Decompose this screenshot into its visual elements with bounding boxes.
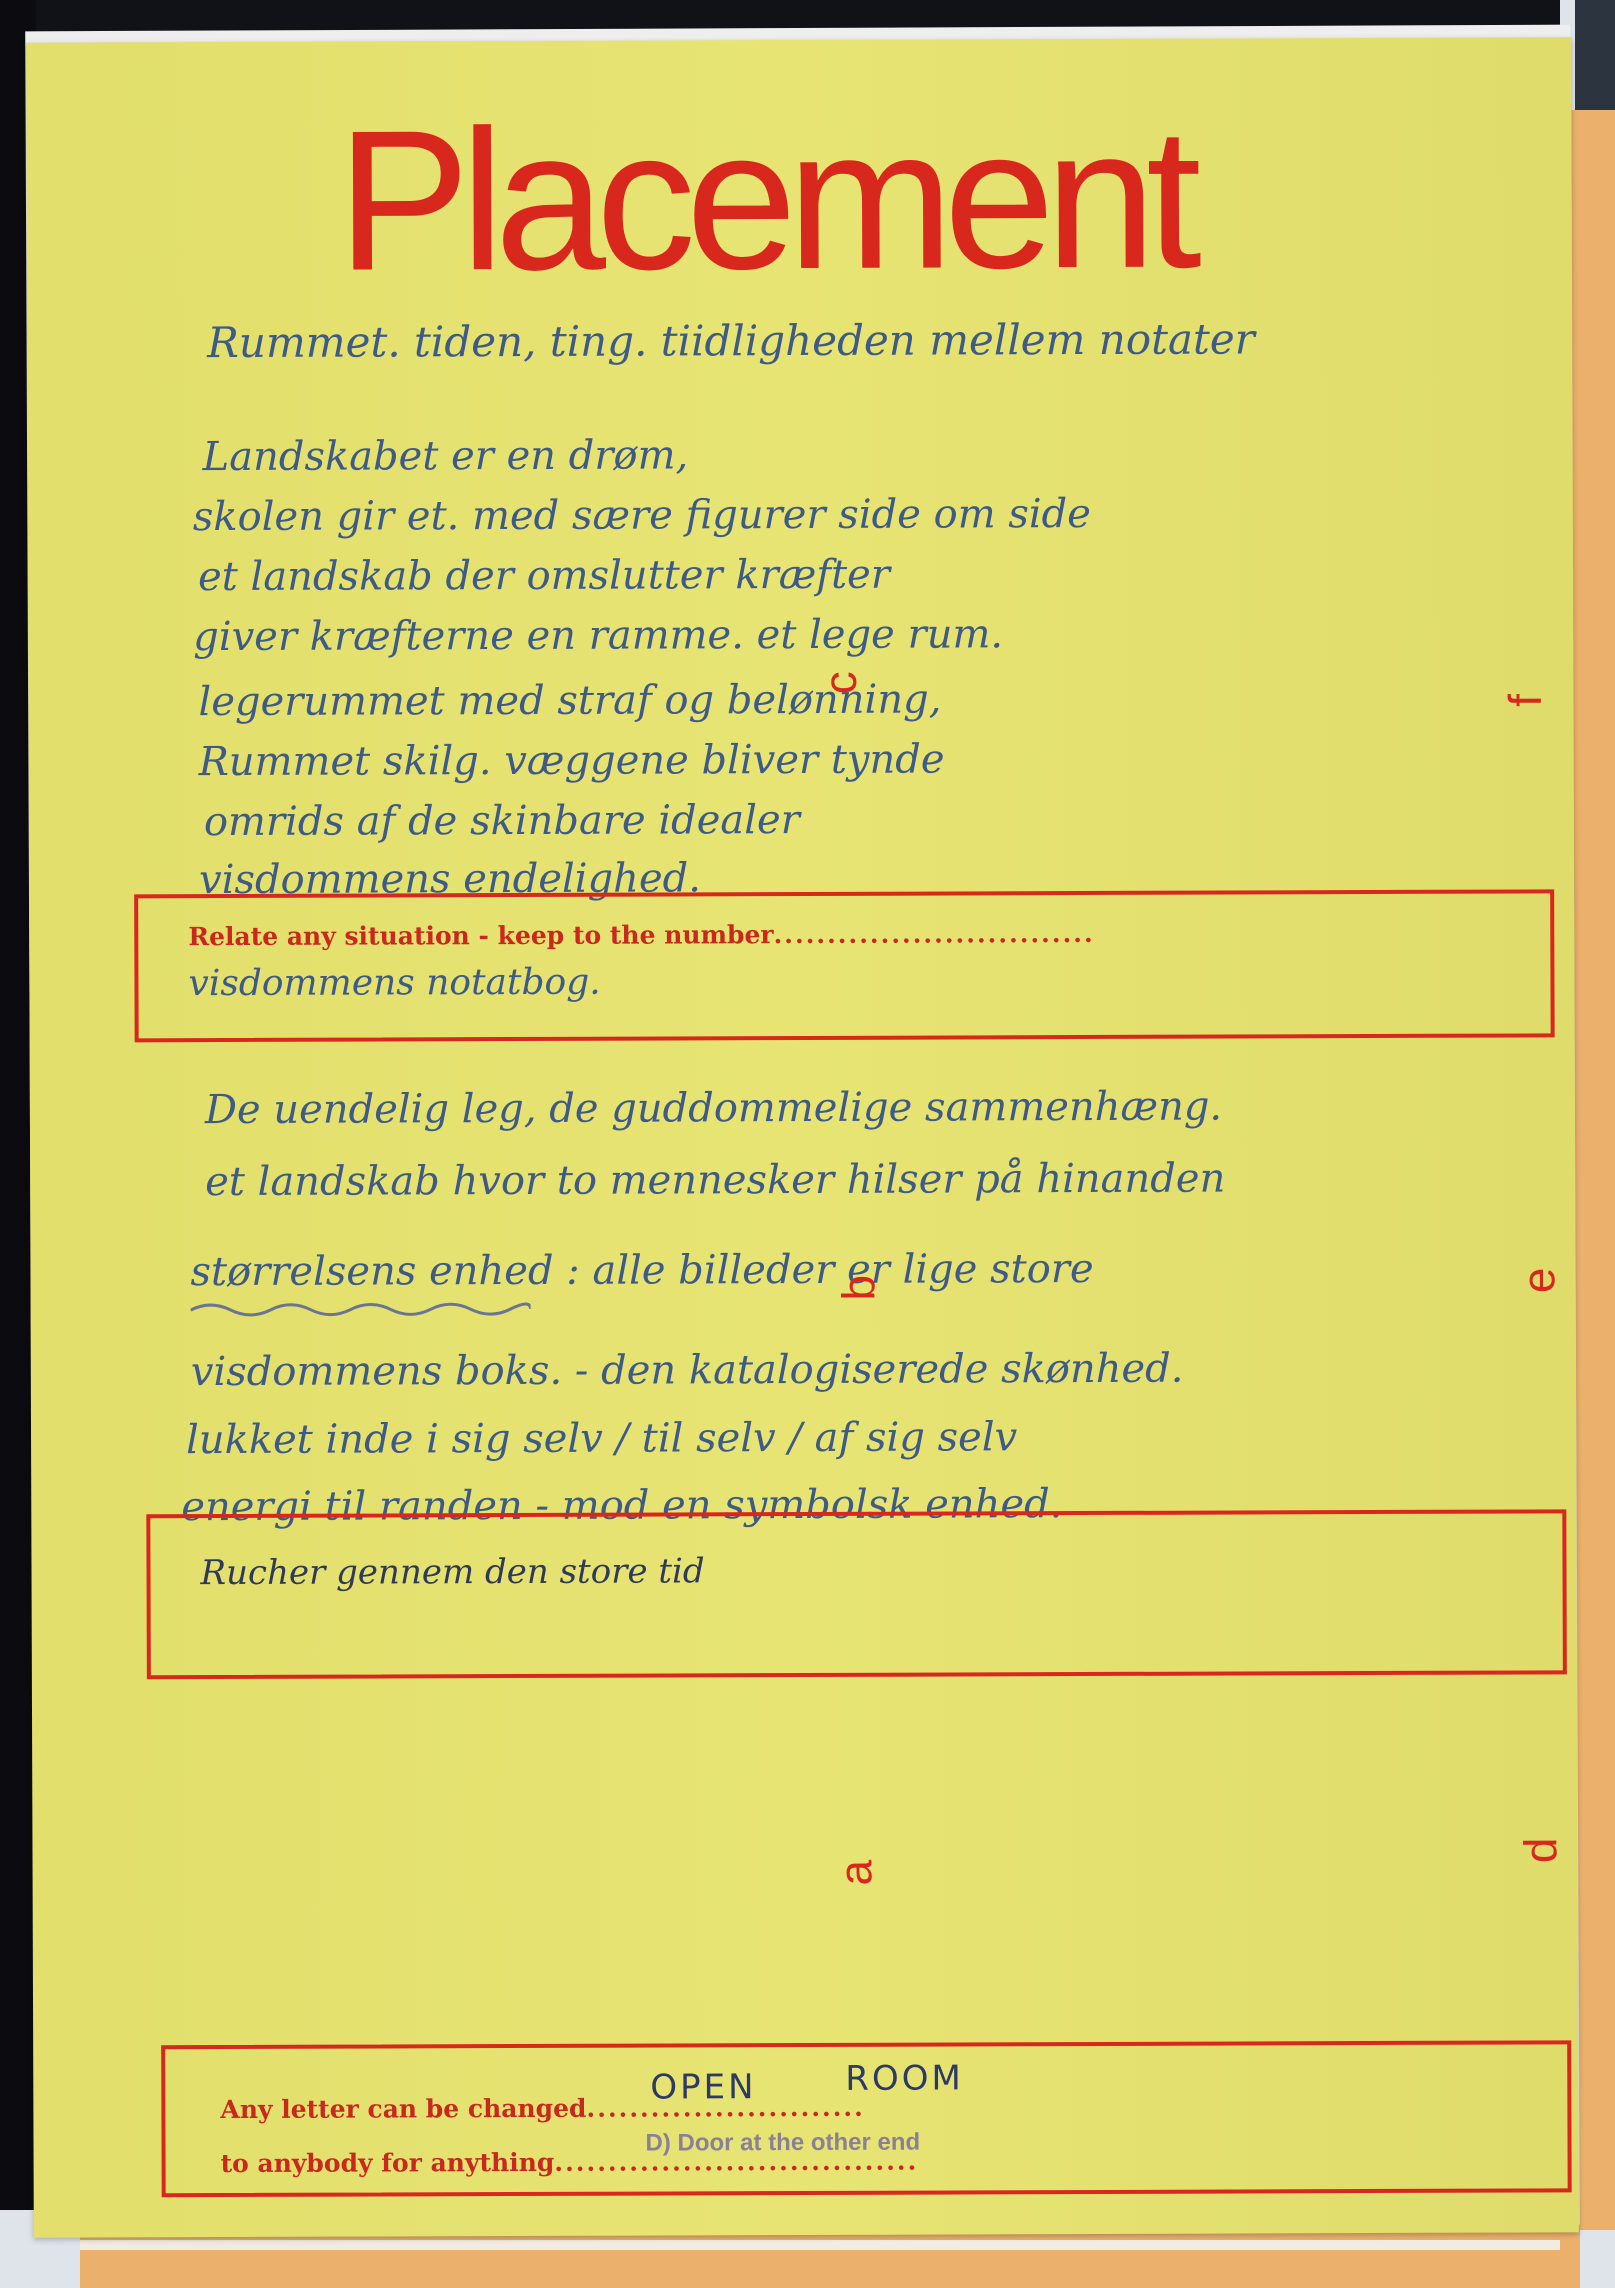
relate-situation-text: Relate any situation - keep to the numbe… [188,920,773,951]
yellow-form-page: Placement Rummet. tiden, ting. tiidlighe… [26,37,1579,2237]
handwritten-line: Rummet. tiden, ting. tiidligheden mellem… [207,318,1255,364]
margin-letter-f: f [1502,694,1548,707]
relate-situation-box: Relate any situation - keep to the numbe… [134,889,1555,1042]
handwritten-line: Rummet skilg. væggene bliver tynde [199,740,945,783]
handwritten-room: ROOM [845,2058,964,2098]
handwritten-line: giver kræfterne en ramme. et lege rum. [193,614,1003,657]
margin-letter-c: c [817,671,863,694]
margin-letter-e: e [1515,1268,1561,1294]
handwritten-open: OPEN [650,2067,756,2107]
letter-change-box: Any letter can be changed...............… [161,2040,1572,2197]
underlying-white-strip [80,2240,1560,2250]
anybody-anything-label: to anybody for anything.................… [221,2147,919,2178]
dotted-fill-line: .................................. [554,2147,918,2177]
letter-change-label: Any letter can be changed...............… [220,2093,865,2124]
relate-situation-handwritten: visdommens notatbog. [188,965,600,1002]
letter-change-text: Any letter can be changed [220,2094,586,2124]
handwritten-line: omrids af de skinbare idealer [204,800,800,842]
blank-notes-box: Rucher gennem den store tid [146,1509,1567,1679]
relate-situation-label: Relate any situation - keep to the numbe… [188,919,1094,951]
margin-letter-d: d [1517,1838,1563,1864]
handwritten-line: størrelsens enhed : alle billeder er lig… [190,1249,1093,1292]
handwritten-line: lukket inde i sig selv / til selv / af s… [186,1417,1017,1460]
dotted-fill-line: .............................. [774,919,1095,949]
anybody-anything-text: to anybody for anything [221,2148,555,2178]
handwritten-line: Landskabet er en drøm, [203,435,689,477]
binder-spiral [1575,0,1615,120]
blank-notes-handwritten: Rucher gennem den store tid [200,1554,704,1590]
wavy-underline [191,1299,531,1320]
handwritten-line: et landskab hvor to mennesker hilser på … [205,1159,1225,1203]
page-title: Placement [336,99,1192,302]
handwritten-line: et landskab der omslutter kræfter [198,555,890,597]
handwritten-line: skolen gir et. med sære figurer side om … [193,494,1091,537]
handwritten-line: visdommens boks. - den katalogiserede sk… [191,1349,1184,1392]
handwritten-line: De uendelig leg, de guddommelige sammenh… [205,1087,1222,1131]
margin-letter-b: b [835,1275,881,1301]
margin-letter-a: a [832,1860,878,1886]
